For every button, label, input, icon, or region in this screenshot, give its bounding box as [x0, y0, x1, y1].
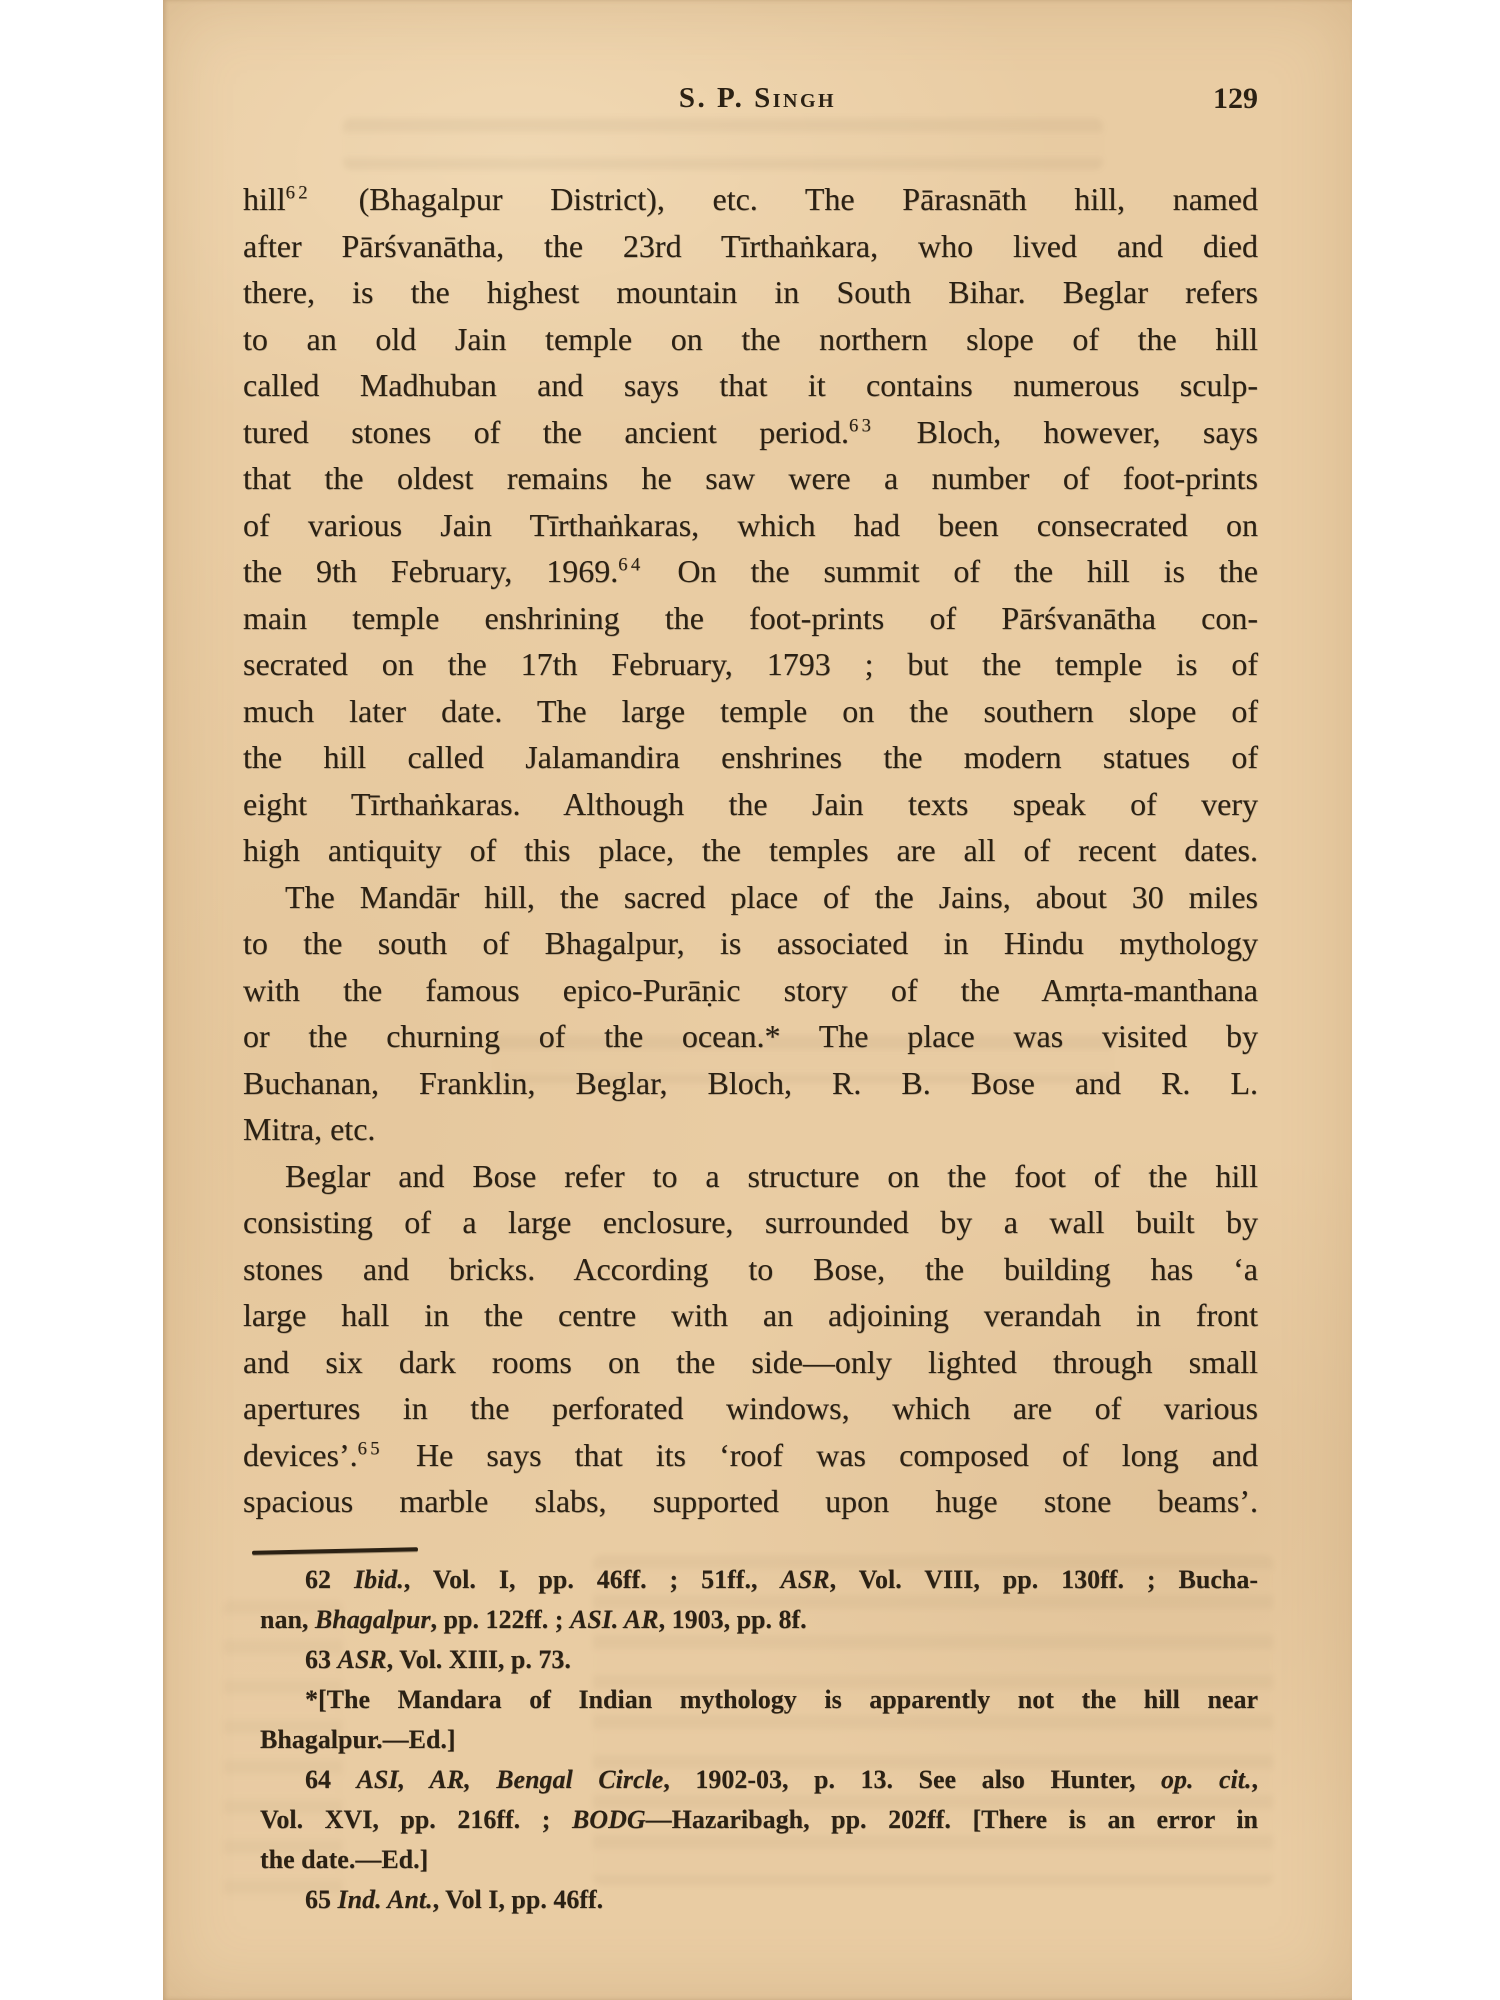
- footnote-line: Vol. XVI, pp. 216ff. ; BODG—Hazaribagh, …: [260, 1800, 1258, 1840]
- footnote-reference-superscript: 64: [618, 554, 643, 575]
- text-run: (Bhagalpur District), etc. The Pārasnāth…: [311, 181, 1258, 217]
- text-run: nan,: [260, 1605, 315, 1634]
- text-run: much later date. The large temple on the…: [243, 693, 1258, 729]
- italic-text-run: Bhagalpur: [315, 1605, 431, 1634]
- text-run: , pp. 122ff. ;: [431, 1605, 570, 1634]
- body-text-line: or the churning of the ocean.* The place…: [243, 1013, 1258, 1060]
- body-text-line: to the south of Bhagalpur, is associated…: [243, 920, 1258, 967]
- running-title: S. P. Singh: [163, 82, 1352, 115]
- text-run: Buchanan, Franklin, Beglar, Bloch, R. B.…: [243, 1065, 1258, 1101]
- footnotes: 62 Ibid., Vol. I, pp. 46ff. ; 51ff., ASR…: [260, 1560, 1258, 1920]
- body-text-line: eight Tīrthaṅkaras. Although the Jain te…: [243, 781, 1258, 828]
- footnote-reference-superscript: 63: [849, 415, 874, 436]
- book-page: S. P. Singh 129 hill62 (Bhagalpur Distri…: [163, 0, 1352, 2000]
- text-run: The Mandār hill, the sacred place of the…: [285, 879, 1258, 915]
- text-run: , Vol. VIII, pp. 130ff. ; Bucha-: [830, 1565, 1258, 1594]
- italic-text-run: BODG: [572, 1805, 646, 1834]
- body-text-line: The Mandār hill, the sacred place of the…: [243, 874, 1258, 921]
- text-run: main temple enshrining the foot-prints o…: [243, 600, 1258, 636]
- body-text-line: there, is the highest mountain in South …: [243, 269, 1258, 316]
- italic-text-run: Ibid.: [354, 1565, 404, 1594]
- text-run: He says that its ‘roof was composed of l…: [383, 1437, 1258, 1473]
- text-run: of various Jain Tīrthaṅkaras, which had …: [243, 507, 1258, 543]
- footnote-line: nan, Bhagalpur, pp. 122ff. ; ASI. AR, 19…: [260, 1600, 1258, 1640]
- body-text-line: the hill called Jalamandira enshrines th…: [243, 734, 1258, 781]
- body-text-line: spacious marble slabs, supported upon hu…: [243, 1478, 1258, 1525]
- text-run: large hall in the centre with an adjoini…: [243, 1297, 1258, 1333]
- text-run: there, is the highest mountain in South …: [243, 274, 1258, 310]
- footnote-reference-superscript: 65: [358, 1438, 383, 1459]
- text-run: , Vol. I, pp. 46ff. ; 51ff.,: [404, 1565, 781, 1594]
- footnote-line: 64 ASI, AR, Bengal Circle, 1902-03, p. 1…: [260, 1760, 1258, 1800]
- body-text-line: main temple enshrining the foot-prints o…: [243, 595, 1258, 642]
- text-run: the hill called Jalamandira enshrines th…: [243, 739, 1258, 775]
- text-run: eight Tīrthaṅkaras. Although the Jain te…: [243, 786, 1258, 822]
- text-run: 62: [305, 1565, 354, 1594]
- italic-text-run: ASI. AR: [570, 1605, 659, 1634]
- italic-text-run: ASI, AR, Bengal Circle: [357, 1765, 664, 1794]
- text-run: *[The Mandara of Indian mythology is app…: [305, 1685, 1258, 1714]
- running-header: S. P. Singh 129: [163, 82, 1352, 118]
- text-run: the date.—Ed.]: [260, 1845, 428, 1874]
- text-run: that the oldest remains he saw were a nu…: [243, 460, 1258, 496]
- text-run: after Pārśvanātha, the 23rd Tīrthaṅkara,…: [243, 228, 1258, 264]
- body-text-line: hill62 (Bhagalpur District), etc. The Pā…: [243, 176, 1258, 223]
- body-text-line: with the famous epico-Purāṇic story of t…: [243, 967, 1258, 1014]
- text-run: Vol. XVI, pp. 216ff. ;: [260, 1805, 572, 1834]
- text-run: to the south of Bhagalpur, is associated…: [243, 925, 1258, 961]
- page-number: 129: [1213, 82, 1258, 116]
- text-run: stones and bricks. According to Bose, th…: [243, 1251, 1258, 1287]
- text-run: Mitra, etc.: [243, 1111, 375, 1147]
- text-run: Beglar and Bose refer to a structure on …: [285, 1158, 1258, 1194]
- body-text-line: and six dark rooms on the side—only ligh…: [243, 1339, 1258, 1386]
- text-run: Bhagalpur.—Ed.]: [260, 1725, 456, 1754]
- text-run: and six dark rooms on the side—only ligh…: [243, 1344, 1258, 1380]
- body-text-line: of various Jain Tīrthaṅkaras, which had …: [243, 502, 1258, 549]
- footnote-line: 65 Ind. Ant., Vol I, pp. 46ff.: [260, 1880, 1258, 1920]
- body-text-line: called Madhuban and says that it contain…: [243, 362, 1258, 409]
- italic-text-run: Ind. Ant.: [338, 1885, 433, 1914]
- body-text-line: much later date. The large temple on the…: [243, 688, 1258, 735]
- body-text-line: stones and bricks. According to Bose, th…: [243, 1246, 1258, 1293]
- italic-text-run: ASR: [780, 1565, 829, 1594]
- body-text-line: Beglar and Bose refer to a structure on …: [243, 1153, 1258, 1200]
- text-run: with the famous epico-Purāṇic story of t…: [243, 972, 1258, 1008]
- body-text-line: Mitra, etc.: [243, 1106, 1258, 1153]
- body-text-line: high antiquity of this place, the temple…: [243, 827, 1258, 874]
- text-run: , Vol I, pp. 46ff.: [433, 1885, 604, 1914]
- body-text-line: to an old Jain temple on the northern sl…: [243, 316, 1258, 363]
- footnote-line: 63 ASR, Vol. XIII, p. 73.: [260, 1640, 1258, 1680]
- text-run: hill: [243, 181, 286, 217]
- text-run: secrated on the 17th February, 1793 ; bu…: [243, 646, 1258, 682]
- text-run: consisting of a large enclosure, surroun…: [243, 1204, 1258, 1240]
- text-run: spacious marble slabs, supported upon hu…: [243, 1483, 1258, 1519]
- italic-text-run: op. cit.: [1161, 1765, 1252, 1794]
- show-through-smudge: [343, 118, 1103, 170]
- body-text-line: after Pārśvanātha, the 23rd Tīrthaṅkara,…: [243, 223, 1258, 270]
- text-run: or the churning of the ocean.* The place…: [243, 1018, 1258, 1054]
- italic-text-run: ASR: [338, 1645, 387, 1674]
- text-run: 65: [305, 1885, 338, 1914]
- body-text-line: consisting of a large enclosure, surroun…: [243, 1199, 1258, 1246]
- body-text-line: devices’.65 He says that its ‘roof was c…: [243, 1432, 1258, 1479]
- text-run: , 1903, pp. 8f.: [659, 1605, 807, 1634]
- body-text-line: tured stones of the ancient period.63 Bl…: [243, 409, 1258, 456]
- text-run: , Vol. XIII, p. 73.: [387, 1645, 571, 1674]
- text-run: to an old Jain temple on the northern sl…: [243, 321, 1258, 357]
- text-run: apertures in the perforated windows, whi…: [243, 1390, 1258, 1426]
- text-run: 64: [305, 1765, 357, 1794]
- body-text-line: apertures in the perforated windows, whi…: [243, 1385, 1258, 1432]
- body-text-line: large hall in the centre with an adjoini…: [243, 1292, 1258, 1339]
- text-run: tured stones of the ancient period.: [243, 414, 849, 450]
- body-text: hill62 (Bhagalpur District), etc. The Pā…: [243, 176, 1258, 1525]
- footnote-line: 62 Ibid., Vol. I, pp. 46ff. ; 51ff., ASR…: [260, 1560, 1258, 1600]
- text-run: 63: [305, 1645, 338, 1674]
- text-run: devices’.: [243, 1437, 358, 1473]
- footnote-reference-superscript: 62: [286, 182, 311, 203]
- body-text-line: the 9th February, 1969.64 On the summit …: [243, 548, 1258, 595]
- text-run: —Hazaribagh, pp. 202ff. [There is an err…: [646, 1805, 1258, 1834]
- body-text-line: secrated on the 17th February, 1793 ; bu…: [243, 641, 1258, 688]
- footnote-line: the date.—Ed.]: [260, 1840, 1258, 1880]
- text-run: , 1902-03, p. 13. See also Hunter,: [663, 1765, 1161, 1794]
- footnote-separator: [252, 1547, 418, 1554]
- body-text-line: that the oldest remains he saw were a nu…: [243, 455, 1258, 502]
- text-run: ,: [1251, 1765, 1258, 1794]
- text-run: the 9th February, 1969.: [243, 553, 618, 589]
- scanned-book-page-screenshot: S. P. Singh 129 hill62 (Bhagalpur Distri…: [0, 0, 1500, 2000]
- text-run: Bloch, however, says: [874, 414, 1258, 450]
- footnote-line: Bhagalpur.—Ed.]: [260, 1720, 1258, 1760]
- body-text-line: Buchanan, Franklin, Beglar, Bloch, R. B.…: [243, 1060, 1258, 1107]
- text-run: high antiquity of this place, the temple…: [243, 832, 1258, 868]
- text-run: On the summit of the hill is the: [643, 553, 1258, 589]
- text-run: called Madhuban and says that it contain…: [243, 367, 1258, 403]
- footnote-line: *[The Mandara of Indian mythology is app…: [260, 1680, 1258, 1720]
